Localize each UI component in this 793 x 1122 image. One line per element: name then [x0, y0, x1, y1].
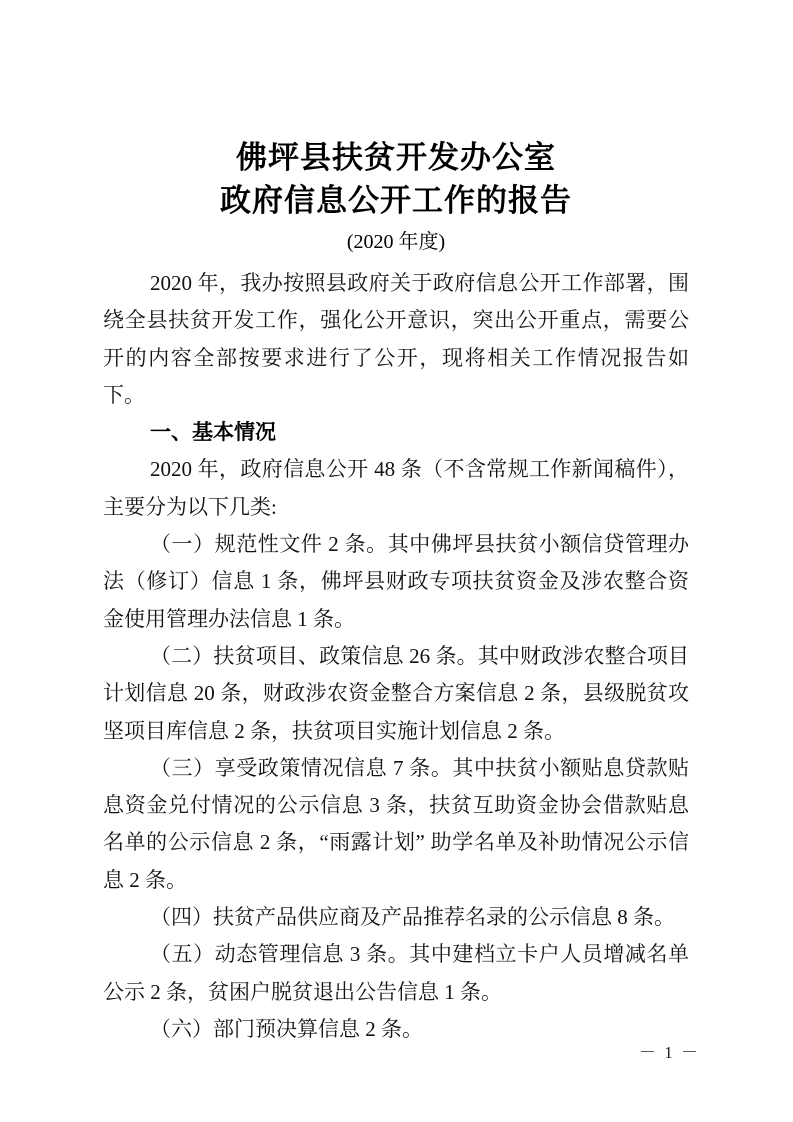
- document-subtitle: (2020 年度): [103, 227, 689, 257]
- section1-item-1: （一）规范性文件 2 条。其中佛坪县扶贫小额信贷管理办法（修订）信息 1 条，佛…: [103, 526, 689, 638]
- title-line-2: 政府信息公开工作的报告: [103, 179, 689, 222]
- title-line-1: 佛坪县扶贫开发办公室: [103, 136, 689, 179]
- section1-heading: 一、基本情况: [103, 414, 689, 451]
- document-title: 佛坪县扶贫开发办公室 政府信息公开工作的报告: [103, 136, 689, 222]
- section1-item-2: （二）扶贫项目、政策信息 26 条。其中财政涉农整合项目计划信息 20 条，财政…: [103, 638, 689, 750]
- section1-item-4: （四）扶贫产品供应商及产品推荐名录的公示信息 8 条。: [103, 899, 689, 936]
- section1-item-6: （六）部门预决算信息 2 条。: [103, 1011, 689, 1048]
- document-page: 佛坪县扶贫开发办公室 政府信息公开工作的报告 (2020 年度) 2020 年，…: [0, 0, 793, 1122]
- page-number: － 1 －: [639, 1042, 700, 1064]
- document-content: 佛坪县扶贫开发办公室 政府信息公开工作的报告 (2020 年度) 2020 年，…: [103, 136, 689, 1048]
- intro-paragraph: 2020 年，我办按照县政府关于政府信息公开工作部署，围绕全县扶贫开发工作，强化…: [103, 265, 689, 414]
- section1-lead-paragraph: 2020 年，政府信息公开 48 条（不含常规工作新闻稿件），主要分为以下几类:: [103, 451, 689, 526]
- section1-item-5: （五）动态管理信息 3 条。其中建档立卡户人员增减名单公示 2 条，贫困户脱贫退…: [103, 936, 689, 1011]
- section1-item-3: （三）享受政策情况信息 7 条。其中扶贫小额贴息贷款贴息资金兑付情况的公示信息 …: [103, 750, 689, 899]
